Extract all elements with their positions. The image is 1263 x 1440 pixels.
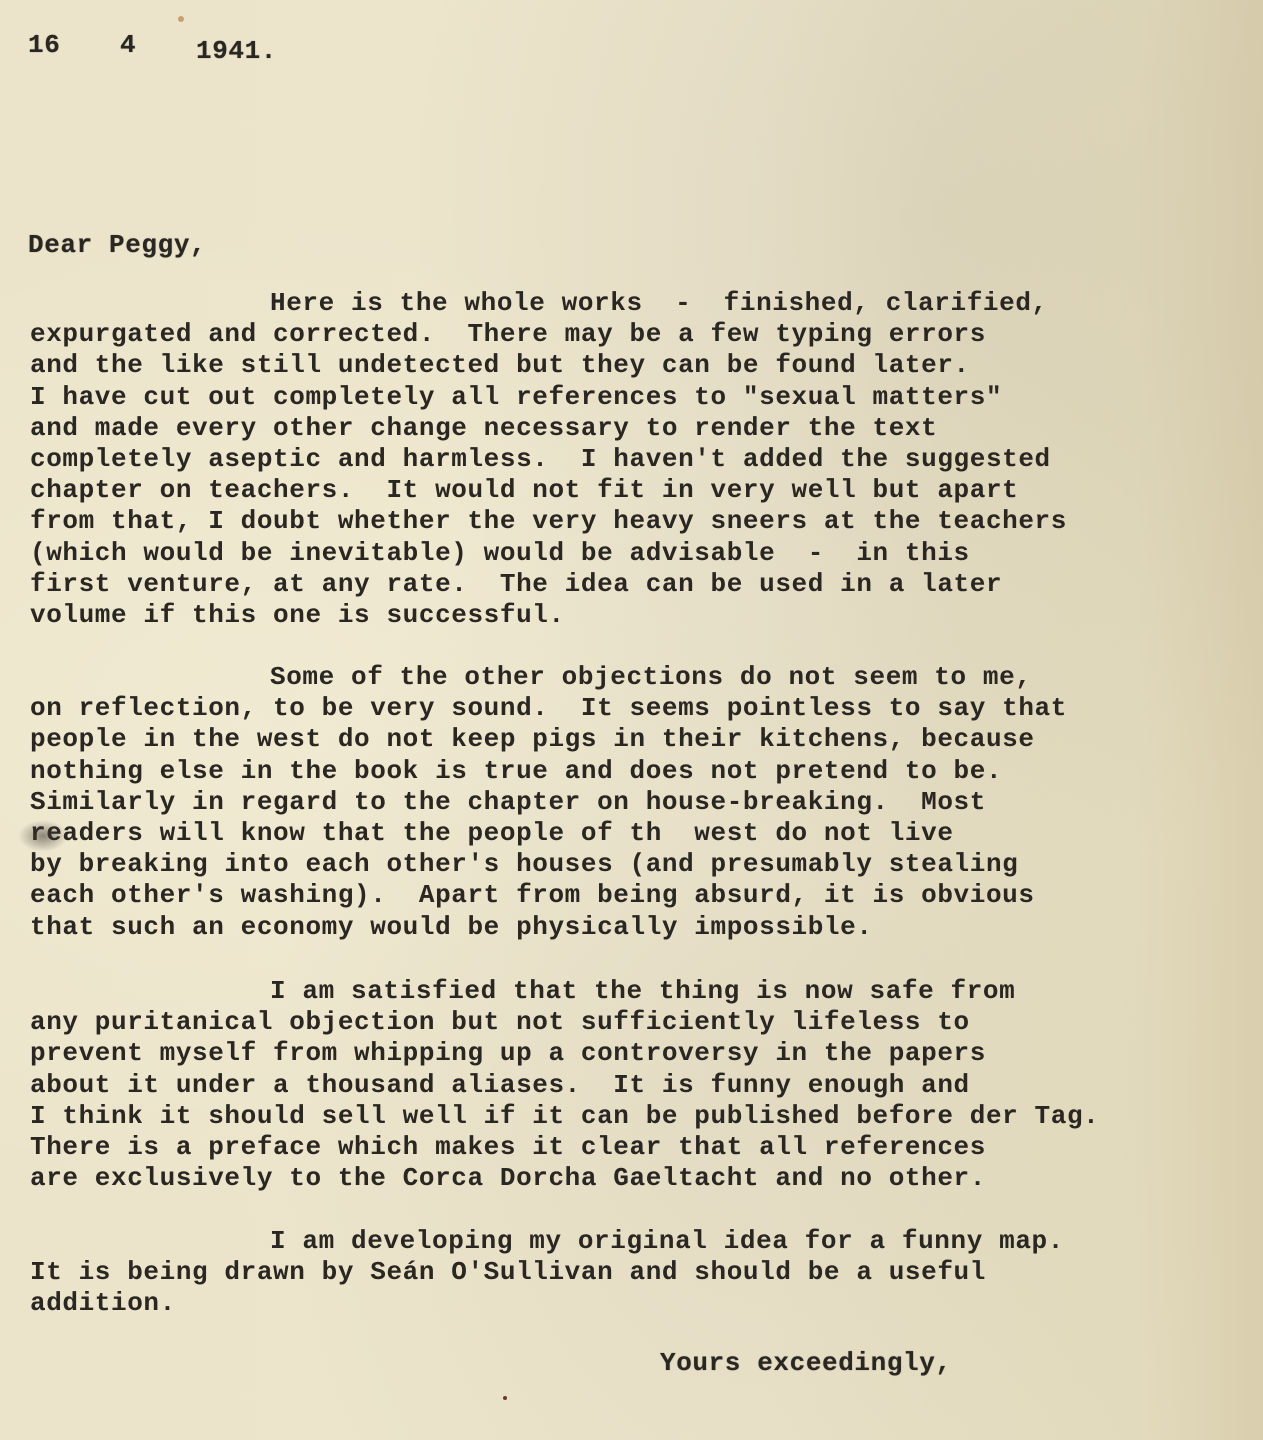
paragraph-line: that such an economy would be physically…	[30, 912, 1260, 943]
paragraph-line: readers will know that the people of th …	[30, 818, 1260, 849]
date-month: 4	[120, 30, 136, 60]
paragraph-line: addition.	[30, 1288, 1260, 1319]
paragraph-line: by breaking into each other's houses (an…	[30, 849, 1260, 880]
ink-smudge	[18, 820, 68, 852]
paragraph-line: There is a preface which makes it clear …	[30, 1132, 1260, 1163]
date-year: 1941.	[196, 36, 277, 66]
paragraph-line: volume if this one is successful.	[30, 600, 1260, 631]
paragraph-line: on reflection, to be very sound. It seem…	[30, 693, 1260, 724]
paragraph-line: Similarly in regard to the chapter on ho…	[30, 787, 1260, 818]
paragraph-line: from that, I doubt whether the very heav…	[30, 506, 1260, 537]
paragraph-line: first venture, at any rate. The idea can…	[30, 569, 1260, 600]
paragraph-line: I think it should sell well if it can be…	[30, 1101, 1260, 1132]
paragraph-line: each other's washing). Apart from being …	[30, 880, 1260, 911]
paragraph-line: and made every other change necessary to…	[30, 413, 1260, 444]
paragraph-line: expurgated and corrected. There may be a…	[30, 319, 1260, 350]
paragraph-line: Here is the whole works - finished, clar…	[30, 288, 1260, 319]
paragraph-line: (which would be inevitable) would be adv…	[30, 538, 1260, 569]
paragraph-line: are exclusively to the Corca Dorcha Gael…	[30, 1163, 1260, 1194]
paragraph-4: I am developing my original idea for a f…	[30, 1226, 1260, 1320]
paragraph-line: and the like still undetected but they c…	[30, 350, 1260, 381]
closing-valediction: Yours exceedingly,	[660, 1348, 952, 1378]
paragraph-3: I am satisfied that the thing is now saf…	[30, 976, 1260, 1194]
paragraph-line: I am satisfied that the thing is now saf…	[30, 976, 1260, 1007]
paper-speck	[503, 1396, 507, 1400]
paragraph-line: people in the west do not keep pigs in t…	[30, 724, 1260, 755]
date-day: 16	[28, 30, 60, 60]
paragraph-line: It is being drawn by Seán O'Sullivan and…	[30, 1257, 1260, 1288]
paragraph-2: Some of the other objections do not seem…	[30, 662, 1260, 943]
paragraph-line: nothing else in the book is true and doe…	[30, 756, 1260, 787]
salutation: Dear Peggy,	[28, 230, 206, 260]
paragraph-line: any puritanical objection but not suffic…	[30, 1007, 1260, 1038]
paper-stain	[178, 16, 184, 22]
paragraph-line: chapter on teachers. It would not fit in…	[30, 475, 1260, 506]
paragraph-line: Some of the other objections do not seem…	[30, 662, 1260, 693]
paragraph-line: prevent myself from whipping up a contro…	[30, 1038, 1260, 1069]
paragraph-1: Here is the whole works - finished, clar…	[30, 288, 1260, 631]
paragraph-line: completely aseptic and harmless. I haven…	[30, 444, 1260, 475]
typewritten-letter-page: 16 4 1941. Dear Peggy, Here is the whole…	[0, 0, 1263, 1440]
paragraph-line: I have cut out completely all references…	[30, 382, 1260, 413]
paragraph-line: about it under a thousand aliases. It is…	[30, 1070, 1260, 1101]
paragraph-line: I am developing my original idea for a f…	[30, 1226, 1260, 1257]
